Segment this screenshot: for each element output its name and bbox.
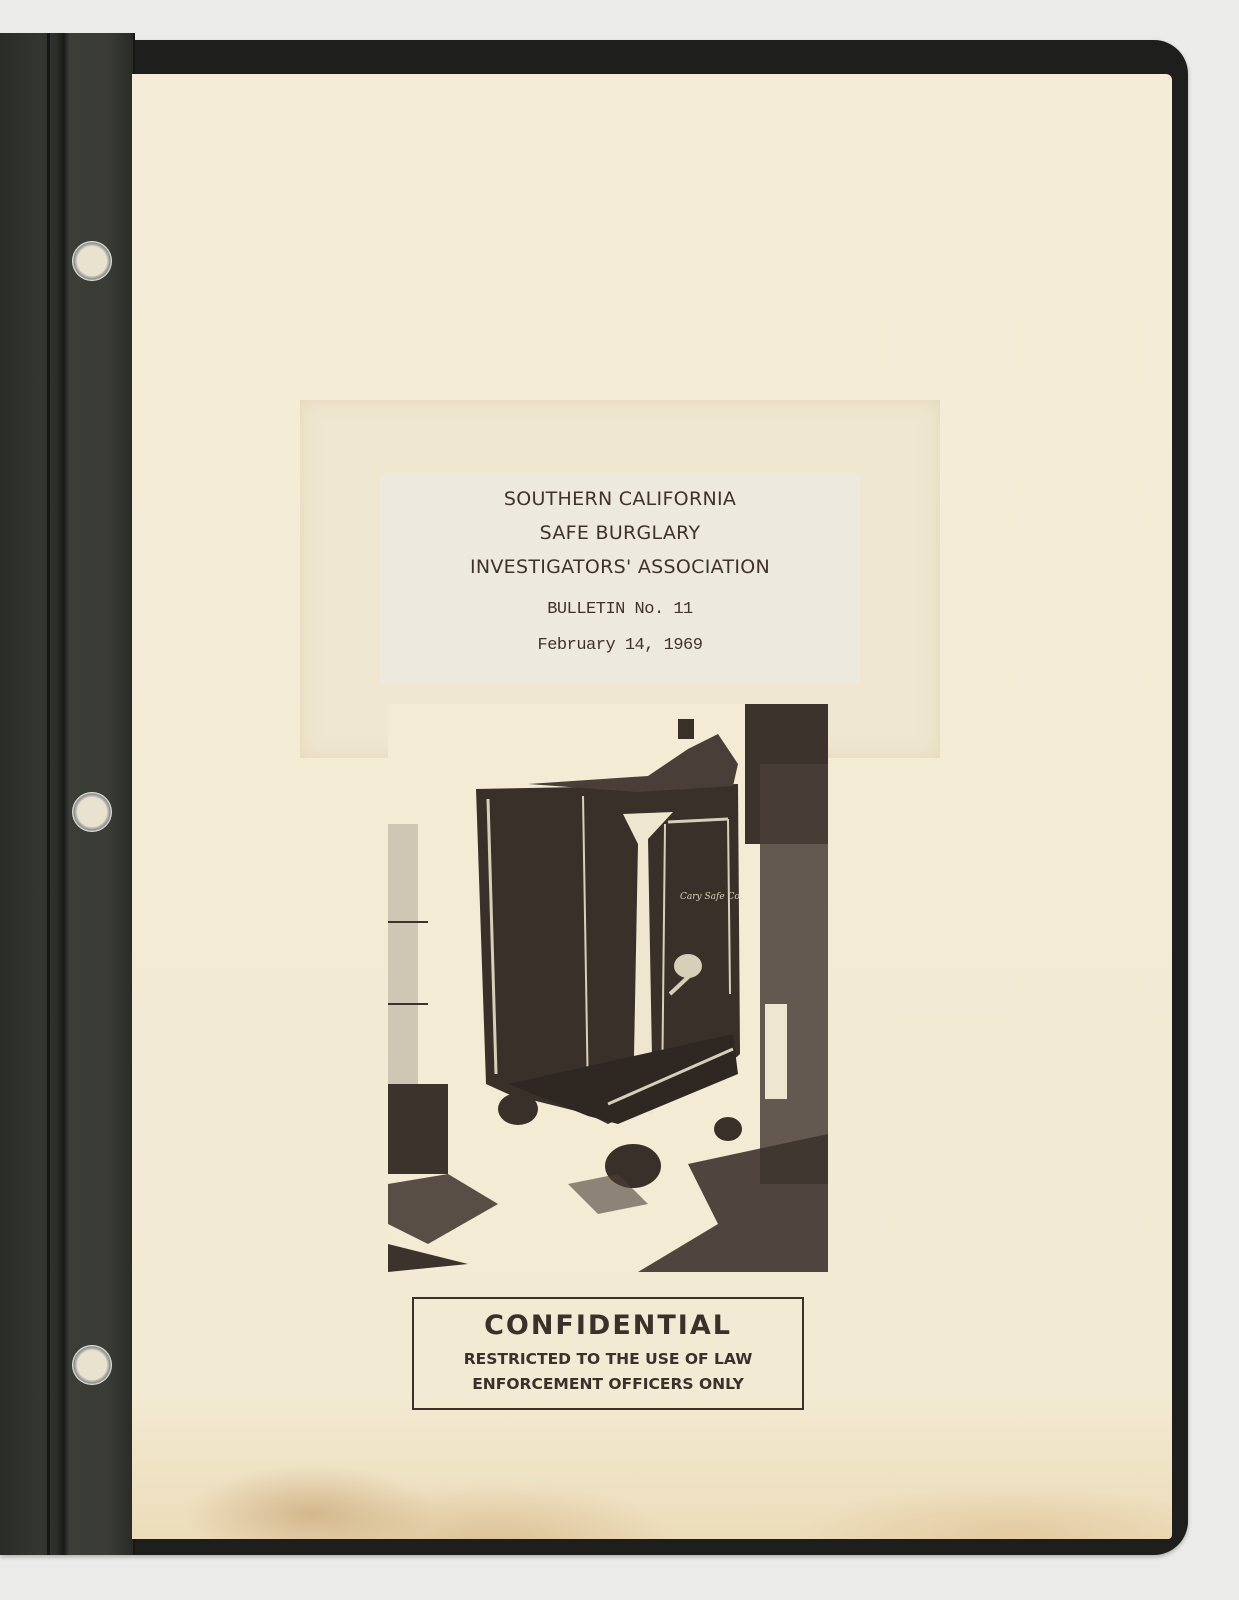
stamp-line-1: RESTRICTED TO THE USE OF LAW (414, 1347, 802, 1372)
binder-spine (0, 33, 135, 1555)
stamp-title: CONFIDENTIAL (414, 1311, 802, 1341)
cover-page: SOUTHERN CALIFORNIA SAFE BURGLARY INVEST… (132, 74, 1172, 1539)
grommet-icon (72, 792, 112, 832)
grommet-icon (72, 241, 112, 281)
safe-photo: Cary Safe Co. (388, 704, 828, 1272)
org-line-2: SAFE BURGLARY (380, 516, 860, 550)
bulletin-number: BULLETIN No. 11 (380, 596, 860, 624)
org-line-3: INVESTIGATORS' ASSOCIATION (380, 550, 860, 584)
bulletin-date: February 14, 1969 (380, 632, 860, 660)
organization-name: SOUTHERN CALIFORNIA SAFE BURGLARY INVEST… (380, 474, 860, 584)
stamp-line-2: ENFORCEMENT OFFICERS ONLY (414, 1372, 802, 1397)
grommet-icon (72, 1345, 112, 1385)
title-label: SOUTHERN CALIFORNIA SAFE BURGLARY INVEST… (380, 474, 860, 684)
confidential-stamp: CONFIDENTIAL RESTRICTED TO THE USE OF LA… (412, 1297, 804, 1410)
safe-maker-mark: Cary Safe Co. (680, 892, 743, 902)
spine-crease (47, 33, 50, 1555)
org-line-1: SOUTHERN CALIFORNIA (380, 482, 860, 516)
